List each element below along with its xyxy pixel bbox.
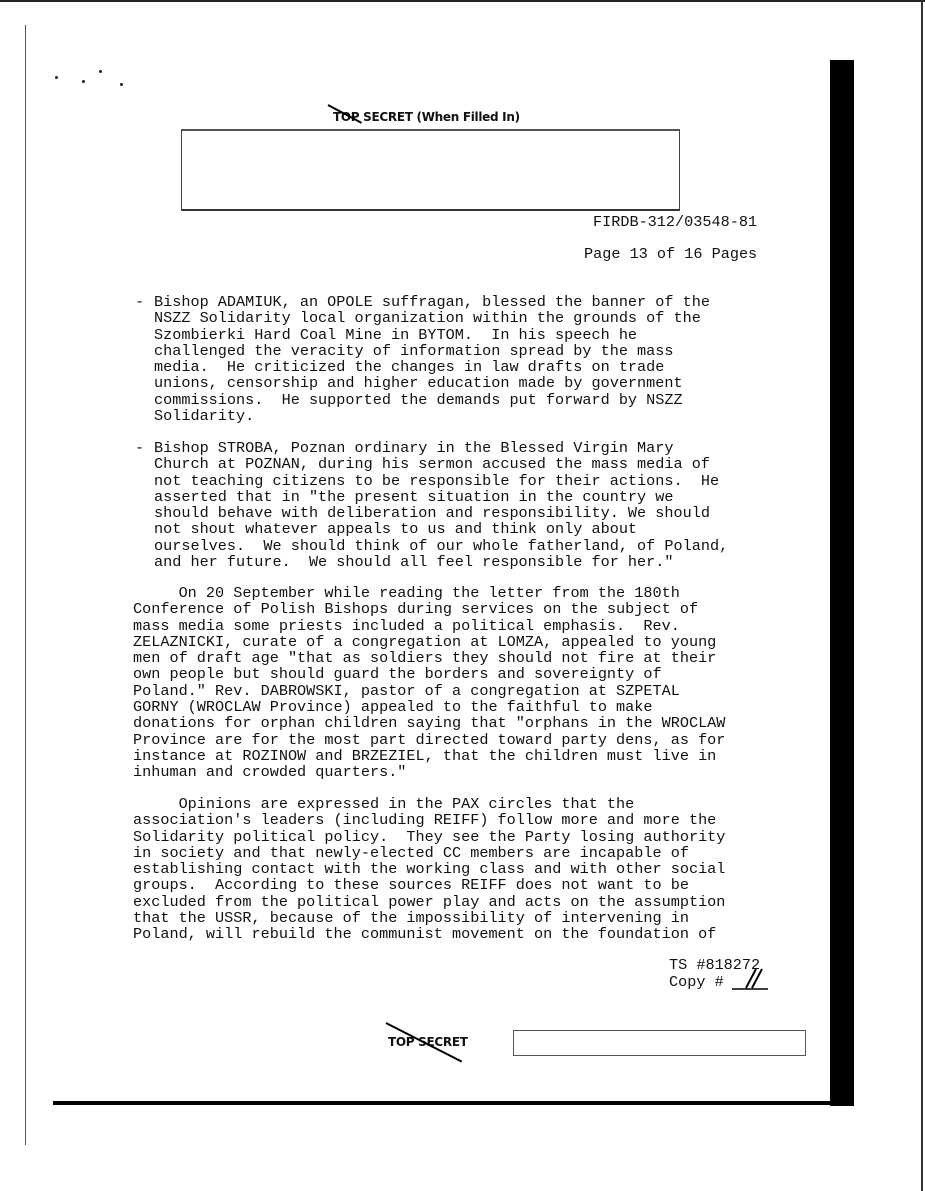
scan-speck [99,70,102,73]
scan-speck [120,83,123,86]
document-reference: FIRDB-312/03548-81 [593,214,757,230]
bullet-dash: - [135,440,144,456]
scan-border-left [25,25,26,1145]
control-box-top [181,129,680,211]
scan-shadow-bar [830,60,854,1106]
bullet-text: Bishop ADAMIUK, an OPOLE suffragan, bles… [154,294,710,424]
body-paragraph: On 20 September while reading the letter… [133,585,725,781]
body-paragraph: Opinions are expressed in the PAX circle… [133,796,725,943]
scan-speck [55,76,58,79]
control-box-bottom [513,1030,806,1056]
copy-number-handwritten [732,966,768,992]
classification-footer: TOP SECRET [388,1035,468,1049]
page-number: Page 13 of 16 Pages [584,246,757,262]
page-bottom-rule [53,1101,853,1105]
bullet-text: Bishop STROBA, Poznan ordinary in the Bl… [154,440,728,570]
copy-number-label: Copy # [669,974,724,990]
scan-border-top [0,0,925,2]
bullet-dash: - [135,294,144,310]
scan-speck [82,80,85,83]
scan-border-right [921,0,923,1191]
